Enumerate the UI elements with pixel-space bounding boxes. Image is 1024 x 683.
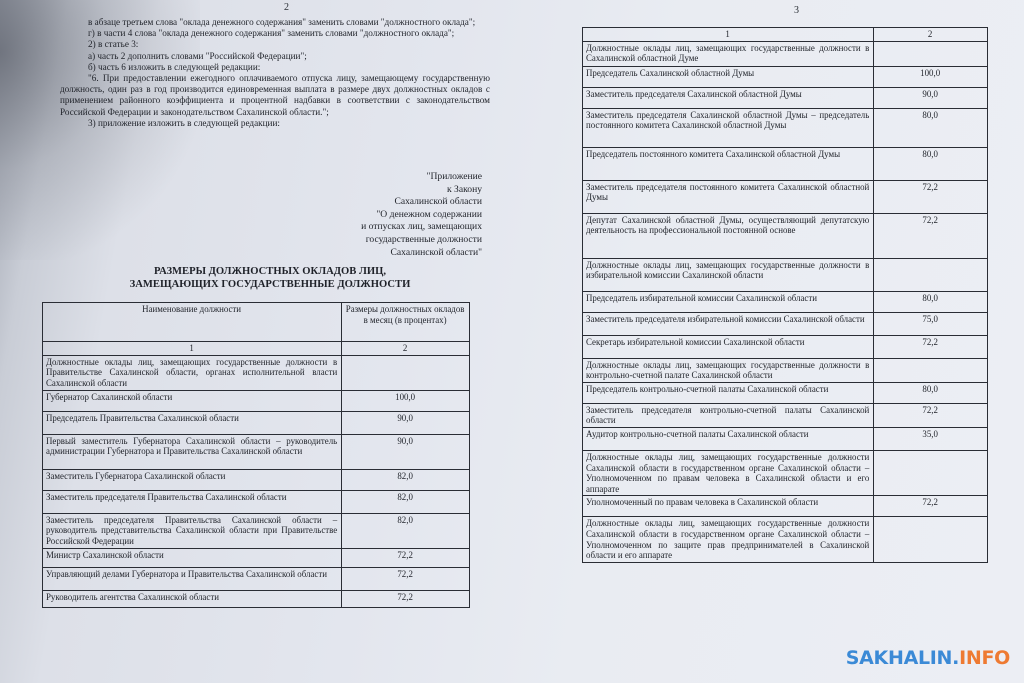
column-header-position: Наименование должности [43,303,342,342]
table-section-row: Должностные оклады лиц, замещающих госуд… [583,517,988,562]
salary-percent: 72,2 [874,496,988,517]
position-name: Председатель Сахалинской областной Думы [583,66,874,87]
document-title: РАЗМЕРЫ ДОЛЖНОСТНЫХ ОКЛАДОВ ЛИЦ, ЗАМЕЩАЮ… [100,265,440,291]
table-section-row: Должностные оклады лиц, замещающих госуд… [583,450,988,495]
column-header-salary: Размеры должностных окладов в месяц (в п… [342,303,470,342]
table-row: Председатель постоянного комитета Сахали… [583,147,988,180]
position-name: Министр Сахалинской области [43,548,342,567]
position-name: Заместитель председателя постоянного ком… [583,180,874,213]
position-name: Заместитель Губернатора Сахалинской обла… [43,469,342,490]
position-name: Заместитель председателя Правительства С… [43,513,342,548]
position-name: Депутат Сахалинской областной Думы, осущ… [583,213,874,258]
title-line: ЗАМЕЩАЮЩИХ ГОСУДАРСТВЕННЫЕ ДОЛЖНОСТИ [100,278,440,291]
table-section-row: Должностные оклады лиц, замещающих госуд… [583,358,988,382]
salary-table-right: 1 2 Должностные оклады лиц, замещающих г… [582,27,988,563]
paragraph: "6. При предоставлении ежегодного оплачи… [60,73,490,118]
sakhalin-info-watermark: SAKHALIN.INFO [846,647,1010,669]
table-row: Председатель избирательной комиссии Саха… [583,291,988,312]
table-row: Руководитель агентства Сахалинской облас… [43,590,470,607]
position-name: Первый заместитель Губернатора Сахалинск… [43,434,342,469]
salary-percent: 80,0 [874,291,988,312]
column-number: 2 [874,28,988,42]
paragraph: 2) в статье 3: [60,39,490,50]
column-number: 1 [583,28,874,42]
table-number-row: 1 2 [43,342,470,356]
position-name: Уполномоченный по правам человека в Саха… [583,496,874,517]
appendix-heading: "Приложениек ЗаконуСахалинской области"О… [250,171,482,259]
page-number: 3 [794,5,799,16]
table-row: Депутат Сахалинской областной Думы, осущ… [583,213,988,258]
watermark-part1: SAKHALIN. [846,647,959,669]
section-heading: Должностные оклады лиц, замещающих госуд… [583,41,874,66]
section-heading: Должностные оклады лиц, замещающих госуд… [583,258,874,291]
table-row: Заместитель председателя Правительства С… [43,490,470,513]
table-row: Управляющий делами Губернатора и Правите… [43,567,470,590]
table-row: Председатель Правительства Сахалинской о… [43,411,470,434]
position-name: Секретарь избирательной комиссии Сахалин… [583,335,874,358]
salary-percent: 82,0 [342,490,470,513]
paragraph: в абзаце третьем слова "оклада денежного… [60,17,490,28]
salary-percent: 72,2 [342,548,470,567]
left-page: 2 в абзаце третьем слова "оклада денежно… [0,0,540,683]
position-name: Руководитель агентства Сахалинской облас… [43,590,342,607]
column-number: 1 [43,342,342,356]
position-name: Управляющий делами Губернатора и Правите… [43,567,342,590]
position-name: Председатель Правительства Сахалинской о… [43,411,342,434]
position-name: Председатель постоянного комитета Сахали… [583,147,874,180]
table-row: Заместитель председателя постоянного ком… [583,180,988,213]
appendix-line: Сахалинской области [250,196,482,209]
appendix-line: "О денежном содержании [250,209,482,222]
position-name: Заместитель председателя избирательной к… [583,312,874,335]
table-section-row: Должностные оклады лиц, замещающих госуд… [583,41,988,66]
salary-percent [874,450,988,495]
appendix-line: Сахалинской области" [250,247,482,260]
section-heading: Должностные оклады лиц, замещающих госуд… [583,517,874,562]
salary-percent: 72,2 [874,335,988,358]
salary-percent: 90,0 [874,87,988,108]
salary-percent: 72,2 [342,590,470,607]
salary-percent [874,41,988,66]
watermark-part2: INFO [959,647,1010,669]
paragraph: а) часть 2 дополнить словами "Российской… [60,51,490,62]
column-number: 2 [342,342,470,356]
table-row: Заместитель председателя Сахалинской обл… [583,108,988,147]
appendix-line: государственные должности [250,234,482,247]
salary-percent [874,517,988,562]
salary-percent: 72,2 [874,180,988,213]
salary-percent: 82,0 [342,469,470,490]
table-number-row: 1 2 [583,28,988,42]
salary-percent [342,355,470,390]
position-name: Заместитель председателя Правительства С… [43,490,342,513]
position-name: Председатель избирательной комиссии Саха… [583,291,874,312]
table-section-row: Должностные оклады лиц, замещающих госуд… [43,355,470,390]
position-name: Заместитель председателя контрольно-счет… [583,403,874,427]
salary-percent: 72,2 [874,403,988,427]
table-row: Заместитель Губернатора Сахалинской обла… [43,469,470,490]
salary-percent: 90,0 [342,411,470,434]
appendix-line: "Приложение [250,171,482,184]
table-row: Заместитель председателя избирательной к… [583,312,988,335]
salary-percent: 100,0 [874,66,988,87]
position-name: Губернатор Сахалинской области [43,390,342,411]
table-row: Министр Сахалинской области72,2 [43,548,470,567]
table-row: Заместитель председателя Сахалинской обл… [583,87,988,108]
position-name: Заместитель председателя Сахалинской обл… [583,87,874,108]
section-heading: Должностные оклады лиц, замещающих госуд… [583,450,874,495]
salary-percent: 72,2 [874,213,988,258]
table-header-row: Наименование должности Размеры должностн… [43,303,470,342]
salary-percent: 90,0 [342,434,470,469]
table-row: Аудитор контрольно-счетной палаты Сахали… [583,427,988,450]
appendix-line: и отпусках лиц, замещающих [250,221,482,234]
salary-percent: 80,0 [874,108,988,147]
table-row: Председатель Сахалинской областной Думы1… [583,66,988,87]
salary-percent: 72,2 [342,567,470,590]
page-number: 2 [284,2,289,13]
salary-percent: 75,0 [874,312,988,335]
position-name: Председатель контрольно-счетной палаты С… [583,382,874,403]
table-row: Уполномоченный по правам человека в Саха… [583,496,988,517]
title-line: РАЗМЕРЫ ДОЛЖНОСТНЫХ ОКЛАДОВ ЛИЦ, [100,265,440,278]
salary-percent: 35,0 [874,427,988,450]
salary-percent: 80,0 [874,382,988,403]
appendix-line: к Закону [250,184,482,197]
salary-percent: 100,0 [342,390,470,411]
table-row: Заместитель председателя контрольно-счет… [583,403,988,427]
section-heading: Должностные оклады лиц, замещающих госуд… [43,355,342,390]
right-page: 3 1 2 Должностные оклады лиц, замещающих… [552,0,1024,683]
salary-percent [874,258,988,291]
salary-table-left: Наименование должности Размеры должностн… [42,302,470,608]
paragraph: г) в части 4 слова "оклада денежного сод… [60,28,490,39]
table-row: Первый заместитель Губернатора Сахалинск… [43,434,470,469]
position-name: Аудитор контрольно-счетной палаты Сахали… [583,427,874,450]
paragraph: 3) приложение изложить в следующей редак… [60,118,490,129]
position-name: Заместитель председателя Сахалинской обл… [583,108,874,147]
table-row: Заместитель председателя Правительства С… [43,513,470,548]
salary-percent [874,358,988,382]
amendment-text: в абзаце третьем слова "оклада денежного… [60,17,490,129]
section-heading: Должностные оклады лиц, замещающих госуд… [583,358,874,382]
table-row: Председатель контрольно-счетной палаты С… [583,382,988,403]
table-row: Губернатор Сахалинской области100,0 [43,390,470,411]
paragraph: б) часть 6 изложить в следующей редакции… [60,62,490,73]
salary-percent: 82,0 [342,513,470,548]
salary-percent: 80,0 [874,147,988,180]
table-section-row: Должностные оклады лиц, замещающих госуд… [583,258,988,291]
table-row: Секретарь избирательной комиссии Сахалин… [583,335,988,358]
